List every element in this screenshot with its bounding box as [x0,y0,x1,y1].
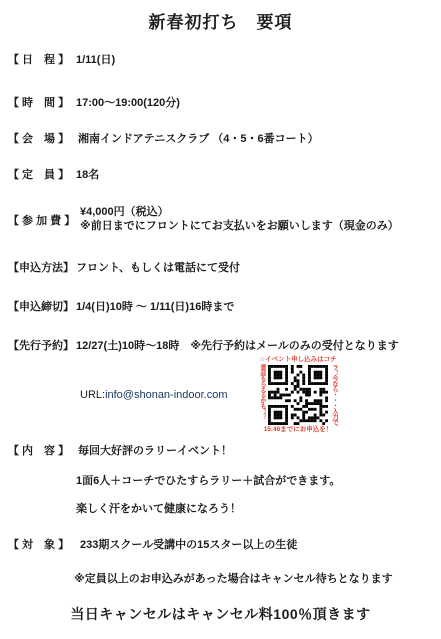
deadline-value: 1/4(日)10時 ～ 1/11(日)16時まで [76,298,234,314]
date-value: 1/11(日) [76,51,115,67]
apply-method-value: フロント、もしくは電話にて受付 [76,259,240,275]
advance-booking-label: 【先行予約】 [8,337,74,353]
fee-note: ※前日までにフロントにてお支払いをお願いします（現金のみ） [80,219,399,233]
time-label: 【 時 間 】 [8,94,69,110]
qr-code [268,365,328,425]
capacity-label: 【 定 員 】 [8,166,69,182]
qr-caption-top: ☆イベント申し込みはコチ [259,356,336,364]
qr-caption-right: ラ！今なら・・・入力で！ [330,364,338,426]
url-line: URL:info@shonan-indoor.com [80,389,228,401]
apply-method-label: 【申込方法】 [8,259,74,275]
date-label: 【 日 程 】 [8,51,69,67]
time-value: 17:00～19:00(120分) [76,94,180,110]
email-link[interactable]: info@shonan-indoor.com [105,389,227,401]
target-label: 【 対 象 】 [8,536,69,552]
venue-value: 湘南インドアテニスクラブ （4・5・6番コート） [78,130,319,146]
cancellation-notice: 当日キャンセルはキャンセル料100％頂きます [0,604,441,624]
content-label: 【 内 容 】 [8,442,69,458]
capacity-value: 18名 [76,166,99,182]
content-line1: 毎回大好評のラリーイベント！ [78,442,232,458]
waitlist-note: ※定員以上のお申込みがあった場合はキャンセル待ちとなります [74,570,393,586]
target-value: 233期スクール受講中の15スター以上の生徒 [80,536,297,552]
event-flyer-page: 新春初打ち 要項 【 日 程 】 1/11(日) 【 時 間 】 17:00～1… [0,0,441,639]
url-label: URL: [80,389,105,401]
qr-caption-bottom: 15:46までにお申込を！ [264,426,333,434]
fee-value: ¥4,000円（税込） [80,205,169,219]
fee-label: 【 参 加 費 】 [8,212,75,228]
deadline-label: 【申込締切】 [8,298,74,314]
advance-booking-value: 12/27(土)10時～18時 ※先行予約はメールのみの受付となります [76,337,399,353]
page-title: 新春初打ち 要項 [0,8,441,33]
content-line2: 1面6人＋コーチでひたすらラリー＋試合ができます。 [76,472,340,488]
qr-block: ☆イベント申し込みはコチ 景品もらえるかも！？ ラ！今なら・・・入力で！ 15:… [256,356,340,444]
qr-caption-left: 景品もらえるかも！？ [258,364,266,426]
content-line3: 楽しく汗をかいて健康になろう！ [76,500,241,516]
venue-label: 【 会 場 】 [8,130,69,146]
